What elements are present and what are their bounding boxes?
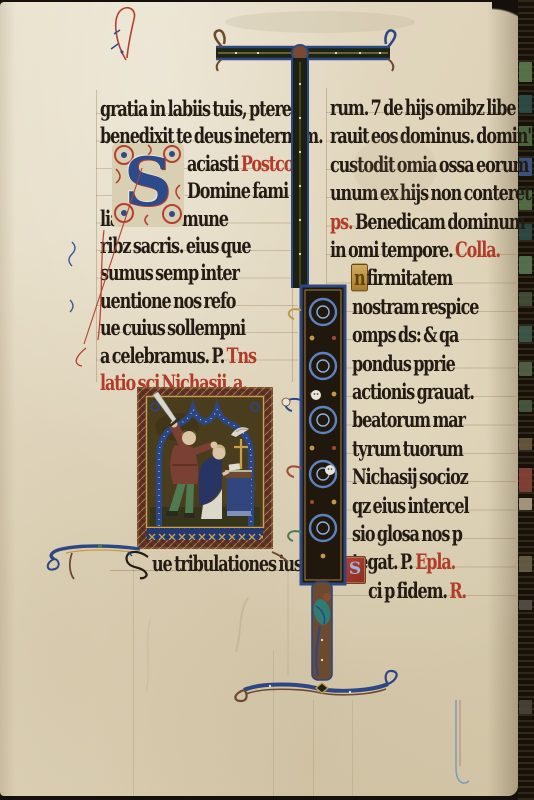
left-column-line-4: Domine fami [187,178,288,203]
text-run-ink: Benedicam dominum [355,209,525,234]
left-column-left-rule [96,90,97,382]
small-initial-s: S [344,556,366,584]
text-run-ink: tyrum tuorum [352,436,463,461]
illuminated-initial-s: S [110,141,186,229]
left-column-line-12: ue tribulationes iusto [152,551,318,576]
text-run-ink: omps ds: & qa [352,322,458,347]
fore-edge-patch-11 [519,400,532,412]
text-run-red: R. [449,578,466,603]
right-column-line-10: pondus pprie [352,351,455,376]
margin-rule-4 [352,700,353,796]
right-column-line-17: tegat. P. Epla. [352,549,455,574]
left-column-line-6: ribz sacris. eius que [100,233,251,258]
fore-edge-patch-8 [519,292,532,306]
right-column-line-18: ci p fidem. R. [368,578,466,603]
fore-edge-patch-13 [519,468,532,492]
book-fore-edge [518,0,534,800]
bottom-x-band [147,528,263,540]
right-column-line-1: rum. 7 de hijs omibz libe [330,95,515,120]
right-column-line-16: sio glosa nos p [352,521,462,546]
right-column-line-9: omps ds: & qa [352,322,458,347]
right-column-line-5: ps. Benedicam dominum [330,209,525,234]
text-run-ink: ci p fidem. [368,578,449,603]
left-column-line-3: aciasti Postco. [187,151,298,176]
left-column-line-1: gratia in labiis tuis, pterea [100,96,300,121]
right-column-line-15: qz eius intercel [352,493,468,518]
fore-edge-patch-10 [519,362,532,376]
right-column-line-7: nfirmitatem [352,265,452,290]
text-run-red: ps. [330,209,355,234]
left-column-line-10: a celebramus. P. Tns [100,343,256,368]
manuscript-photograph: gratia in labiis tuis, ptereabenedixit t… [0,0,534,800]
text-run-ink: uentione nos refo [100,288,235,313]
initial-s-letter: S [110,135,186,229]
text-run-ink: pondus pprie [352,351,455,376]
fore-edge-patch-1 [519,62,532,82]
text-run-ink: ribz sacris. eius que [100,233,251,258]
text-run-red: Epla. [415,549,455,574]
right-column-line-13: tyrum tuorum [352,436,463,461]
right-column-line-4: unum ex hijs non conteret. [330,180,534,205]
text-run-ink: gratia in labiis tuis, pterea [100,96,300,121]
text-run-ink: firmitatem [367,265,453,290]
text-run-ink: rauit eos dominus. domin' [330,123,531,148]
text-run-ink: sio glosa nos p [352,521,462,546]
margin-rule-2 [273,650,274,796]
fore-edge-patch-9 [519,326,532,342]
fore-edge-patch-16 [519,600,532,610]
fore-edge-patch-15 [519,556,532,572]
fore-edge-patch-12 [519,438,532,450]
right-column-line-12: beatorum mar [352,407,465,432]
right-column-line-11: actionis grauat. [352,379,474,404]
left-column-line-7: sumus semp inter [100,260,239,285]
text-run-ink: unum ex hijs non conteret. [330,180,534,205]
miniature-martyrdom-scene [137,387,273,549]
text-run-ink: in omi tempore. [330,237,455,262]
left-column-line-9: ue cuius sollempni [100,315,245,340]
text-run-red: Colla. [455,237,500,262]
fore-edge-patch-14 [519,498,532,510]
text-run-ink: ue cuius sollempni [100,315,245,340]
text-run-red: Tns [227,343,256,368]
text-run-ink: custodit omia ossa eorum [330,152,528,177]
text-run-ink: sumus semp inter [100,260,239,285]
text-run-ink: aciasti [187,151,241,176]
text-run-ink: qz eius intercel [352,493,468,518]
text-run-ink: a celebramus. P. [100,343,227,368]
text-run-ink: Nichasij socioz [352,464,468,489]
text-run-ink: beatorum mar [352,407,465,432]
margin-rule-3 [313,700,314,796]
margin-rule-1 [133,560,134,796]
text-run-ink: Domine fami [187,178,288,203]
right-column-line-2: rauit eos dominus. domin' [330,123,531,148]
text-run-ink: rum. 7 de hijs omibz libe [330,95,515,120]
text-run-ink: nostram respice [352,294,478,319]
text-run-ink: actionis grauat. [352,379,474,404]
text-run-gold: n [352,265,367,290]
right-column-line-14: Nichasij socioz [352,464,468,489]
fore-edge-patch-7 [519,256,532,274]
right-column-left-rule [326,88,327,596]
fore-edge-patch-17 [519,700,532,714]
left-column-line-8: uentione nos refo [100,288,235,313]
text-run-ink: ue tribulationes iusto [152,551,318,576]
text-run-red: Postco. [241,151,298,176]
right-column-line-6: in omi tempore. Colla. [330,237,500,262]
right-column-line-3: custodit omia ossa eorum [330,152,528,177]
page-corner-shadow [492,0,520,60]
right-column-line-8: nostram respice [352,294,478,319]
fore-edge-patch-2 [519,95,532,113]
